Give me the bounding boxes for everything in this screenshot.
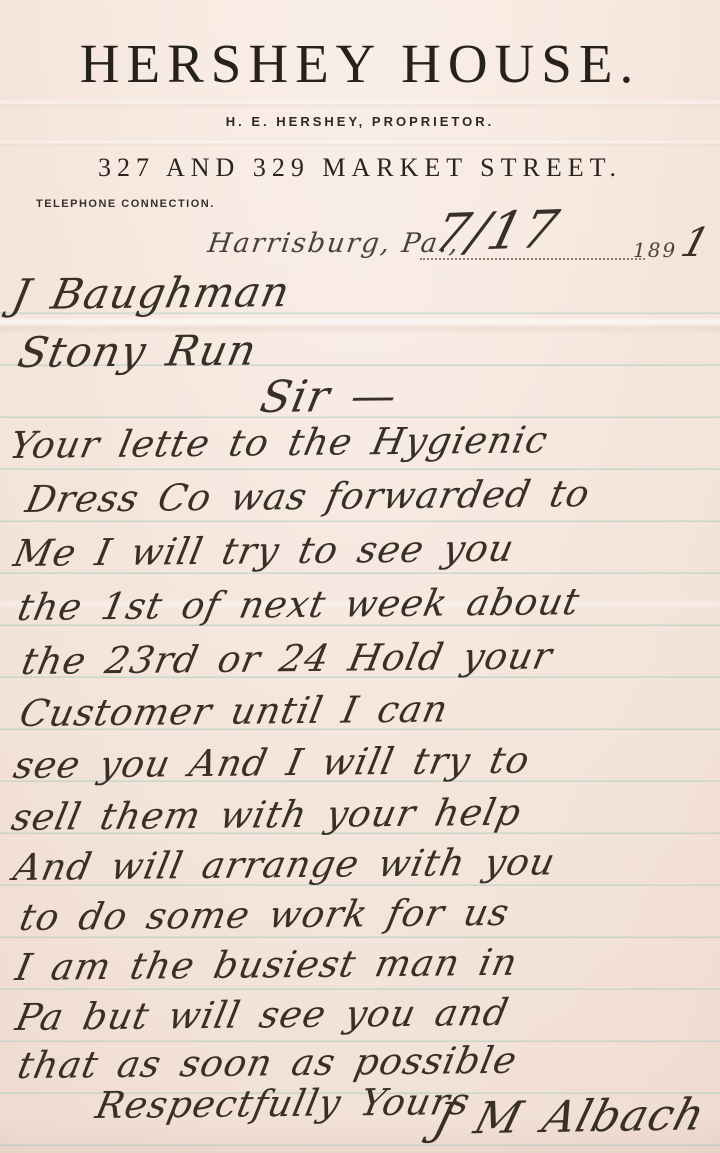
letterhead-address: 327 AND 329 MARKET STREET. (0, 153, 720, 183)
closing: Respectfully Yours (92, 1080, 474, 1127)
signature: J M Albach (428, 1089, 711, 1145)
letter-page: HERSHEY HOUSE. H. E. HERSHEY, PROPRIETOR… (0, 0, 720, 1153)
letterhead-telephone: TELEPHONE CONNECTION. (36, 198, 215, 210)
letterhead-title: HERSHEY HOUSE. (0, 32, 720, 95)
recipient-place: Stony Run (14, 326, 261, 377)
salutation: Sir — (256, 371, 402, 423)
handwritten-line: And will arrange with you (10, 840, 559, 889)
handwritten-line: the 1st of next week about (14, 580, 584, 629)
handwritten-line: see you And I will try to (10, 739, 534, 787)
handwritten-line: the 23rd or 24 Hold your (18, 634, 556, 683)
handwritten-line: Dress Co was forwarded to (22, 472, 594, 521)
handwritten-line: Your lette to the Hygienic (6, 418, 552, 467)
handwritten-line: Pa but will see you and (12, 991, 513, 1039)
handwritten-line: Customer until I can (16, 688, 452, 735)
handwritten-year-digit: 1 (676, 220, 716, 266)
handwritten-line: sell them with your help (8, 791, 525, 839)
fold-crease (0, 140, 720, 147)
handwritten-date: 7/17 (428, 200, 565, 264)
handwritten-line: I am the busiest man in (12, 941, 522, 989)
recipient-name: J Baughman (8, 267, 295, 319)
handwritten-line: Me I will try to see you (10, 527, 518, 575)
letterhead-proprietor: H. E. HERSHEY, PROPRIETOR. (0, 114, 720, 129)
handwritten-line: to do some work for us (16, 891, 513, 939)
fold-crease (0, 100, 720, 108)
dateline-year-printed: 189 (633, 238, 677, 262)
